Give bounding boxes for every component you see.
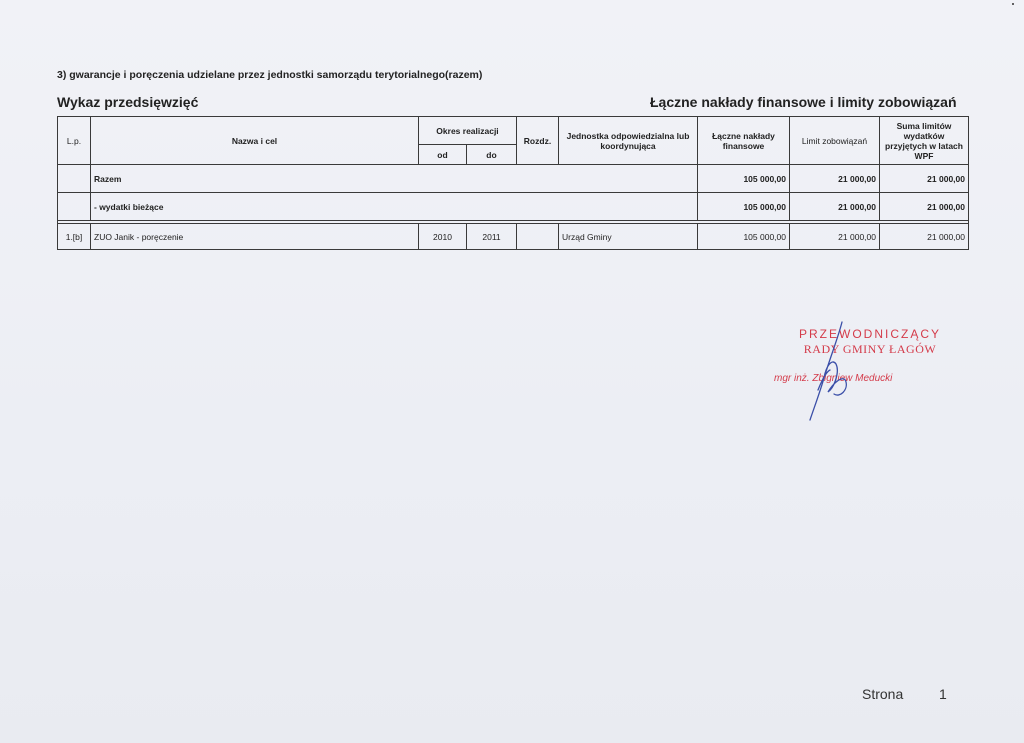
summary-row-total: Razem 105 000,00 21 000,00 21 000,00 [58,165,969,193]
header-chapter: Rozdz. [517,117,559,165]
projects-table: L.p. Nazwa i cel Okres realizacji Rozdz.… [57,116,969,250]
summary-lp [58,193,91,221]
summary-label: - wydatki bieżące [91,193,698,221]
cell-from: 2010 [419,224,467,250]
summary-limits-sum: 21 000,00 [880,165,969,193]
header-period: Okres realizacji [419,117,517,145]
header-liability-limit: Limit zobowiązań [790,117,880,165]
summary-total-outlays: 105 000,00 [698,165,790,193]
header-to: do [467,145,517,165]
cell-total-outlays: 105 000,00 [698,224,790,250]
header-unit: Jednostka odpowiedzialna lub koordynując… [559,117,698,165]
section-heading: 3) gwarancje i poręczenia udzielane prze… [57,69,482,81]
cell-chapter [517,224,559,250]
summary-row-current: - wydatki bieżące 105 000,00 21 000,00 2… [58,193,969,221]
scan-speck [1012,3,1014,5]
cell-name: ZUO Janik - poręczenie [91,224,419,250]
cell-unit: Urząd Gminy [559,224,698,250]
header-total-outlays: Łączne nakłady finansowe [698,117,790,165]
cell-lp: 1.[b] [58,224,91,250]
summary-limits-sum: 21 000,00 [880,193,969,221]
signature-icon [800,318,860,422]
summary-liability-limit: 21 000,00 [790,193,880,221]
summary-lp [58,165,91,193]
header-lp: L.p. [58,117,91,165]
cell-limits-sum: 21 000,00 [880,224,969,250]
financial-title: Łączne nakłady finansowe i limity zobowi… [650,94,957,110]
cell-liability-limit: 21 000,00 [790,224,880,250]
summary-label: Razem [91,165,698,193]
header-from: od [419,145,467,165]
table-row: 1.[b] ZUO Janik - poręczenie 2010 2011 U… [58,224,969,250]
page-label: Strona [862,686,903,702]
summary-total-outlays: 105 000,00 [698,193,790,221]
cell-to: 2011 [467,224,517,250]
page-number: 1 [939,686,947,702]
header-name: Nazwa i cel [91,117,419,165]
header-limits-sum: Suma limitów wydatków przyjętych w latac… [880,117,969,165]
document-page: 3) gwarancje i poręczenia udzielane prze… [0,0,1024,743]
list-title: Wykaz przedsięwzięć [57,94,198,110]
header-row: L.p. Nazwa i cel Okres realizacji Rozdz.… [58,117,969,145]
summary-liability-limit: 21 000,00 [790,165,880,193]
